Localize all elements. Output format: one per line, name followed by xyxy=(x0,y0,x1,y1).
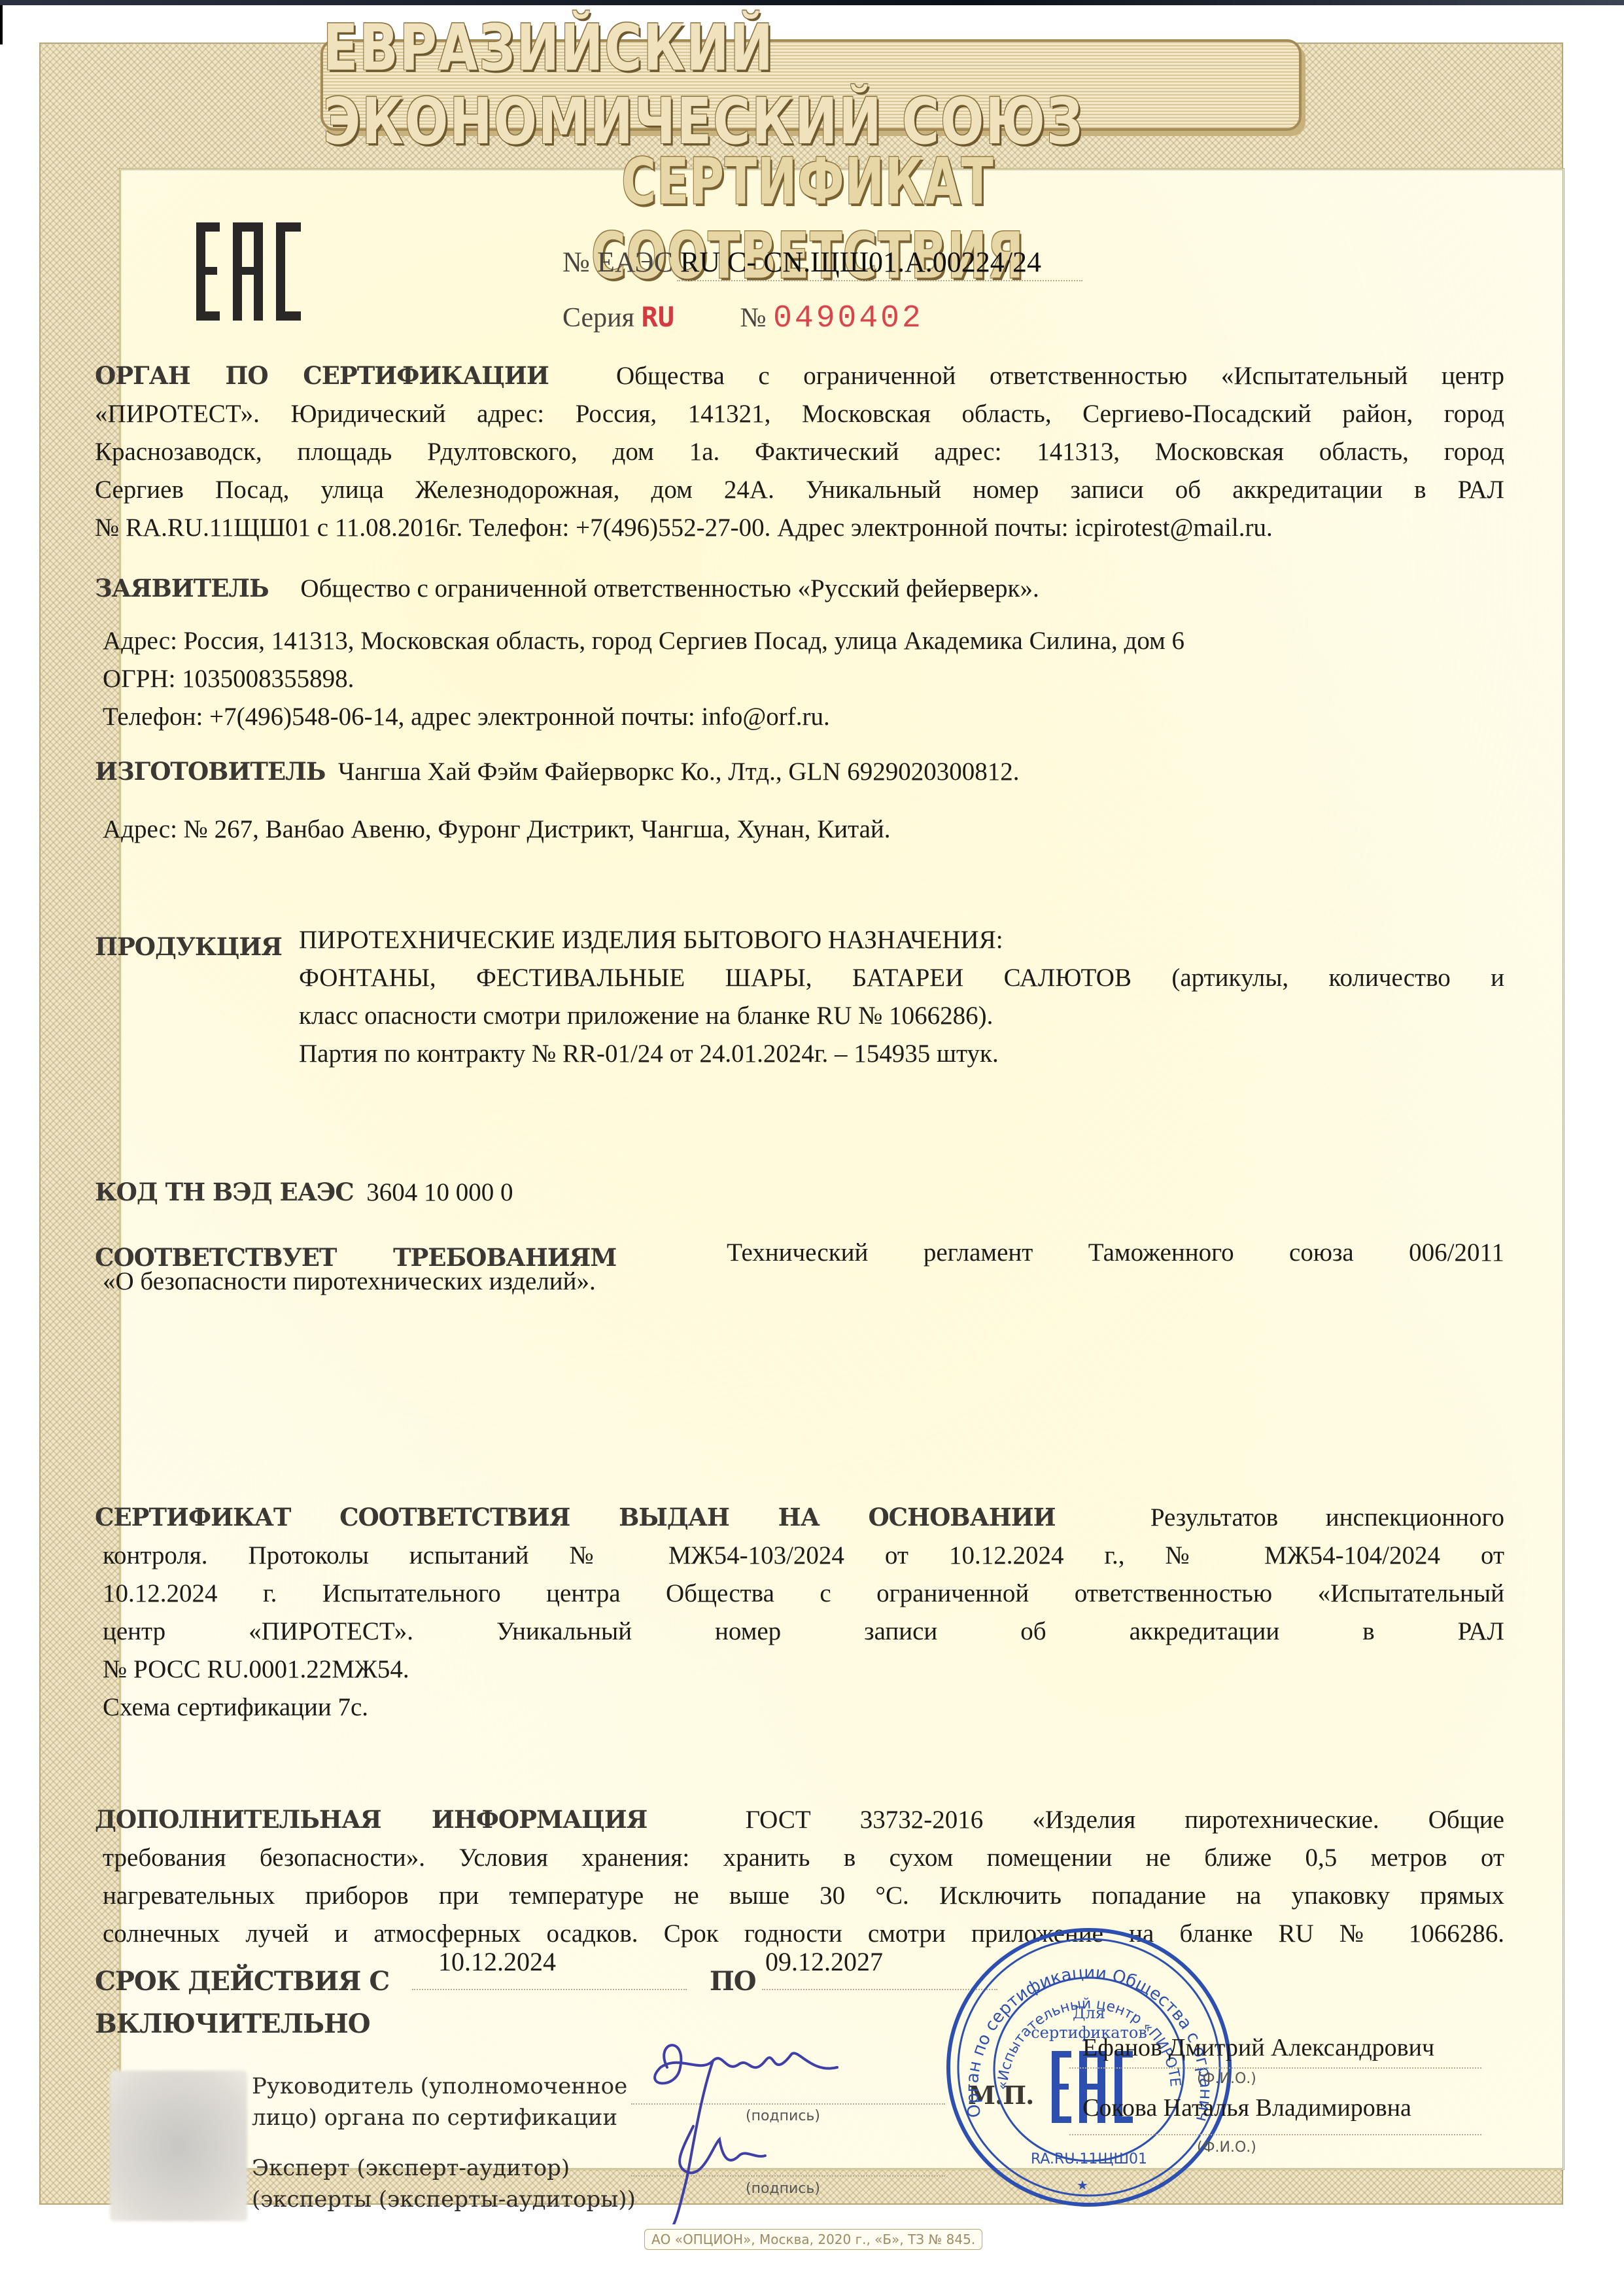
scan-left-edge xyxy=(0,5,3,44)
series-label: Серия xyxy=(562,303,634,333)
conformity-line-1: СООТВЕТСТВУЕТ ТРЕБОВАНИЯМ Технический ре… xyxy=(95,1233,1504,1272)
validity-to-date: 09.12.2027 xyxy=(765,1946,883,1977)
validity-from-label: СРОК ДЕЙСТВИЯ С xyxy=(95,1966,389,1997)
tn-ved-code: 3604 10 000 0 xyxy=(366,1178,513,1206)
tn-ved-section: КОД ТН ВЭД ЕАЭС 3604 10 000 0 xyxy=(95,1173,1504,1212)
head-full-name: Ефанов Дмитрий Александрович xyxy=(1082,2033,1434,2062)
certification-body-line-1: ОРГАН ПО СЕРТИФИКАЦИИ Общества с огранич… xyxy=(95,357,1504,395)
scan-top-edge xyxy=(0,0,1624,5)
certificate-number-label: № ЕАЭС xyxy=(562,246,673,278)
handwritten-signatures-icon xyxy=(615,2028,890,2224)
blank-number-value: 0490402 xyxy=(773,301,924,336)
union-banner-text: ЕВРАЗИЙСКИЙ ЭКОНОМИЧЕСКИЙ СОЮЗ xyxy=(323,12,1299,159)
series-value: RU xyxy=(641,301,674,333)
basis-section: СЕРТИФИКАТ СООТВЕТСТВИЯ ВЫДАН НА ОСНОВАН… xyxy=(95,1498,1504,1726)
svg-text:Для: Для xyxy=(1073,2004,1105,2022)
blank-series: Серия RU № 0490402 xyxy=(562,301,924,336)
union-banner: ЕВРАЗИЙСКИЙ ЭКОНОМИЧЕСКИЙ СОЮЗ xyxy=(320,39,1302,131)
svg-text:RA.RU.11ЩШ01: RA.RU.11ЩШ01 xyxy=(1031,2151,1147,2167)
basis-line-2: контроля. Протоколы испытаний № МЖ54-103… xyxy=(95,1537,1504,1575)
head-label: Руководитель (уполномоченное лицо) орган… xyxy=(252,2071,627,2133)
expert-full-name: Сокова Наталья Владимировна xyxy=(1082,2094,1411,2122)
additional-info-label: ДОПОЛНИТЕЛЬНАЯ ИНФОРМАЦИЯ xyxy=(95,1805,647,1834)
expert-label: Эксперт (эксперт-аудитор) (эксперты (экс… xyxy=(252,2152,636,2215)
basis-line-4: центр «ПИРОТЕСТ». Уникальный номер запис… xyxy=(95,1613,1504,1651)
certification-body-line-3: Краснозаводск, площадь Рдултовского, дом… xyxy=(95,433,1504,471)
applicant-section: ЗАЯВИТЕЛЬ Общество с ограниченной ответс… xyxy=(95,569,1504,736)
additional-line-1: ДОПОЛНИТЕЛЬНАЯ ИНФОРМАЦИЯ ГОСТ 33732-201… xyxy=(95,1800,1504,1839)
applicant-contacts: Телефон: +7(496)548-06-14, адрес электро… xyxy=(95,698,1504,736)
certificate-number-underline xyxy=(677,280,1082,281)
validity-inclusive-label: ВКЛЮЧИТЕЛЬНО xyxy=(95,2008,370,2039)
basis-line-1: СЕРТИФИКАТ СООТВЕТСТВИЯ ВЫДАН НА ОСНОВАН… xyxy=(95,1498,1504,1537)
validity-from-date: 10.12.2024 xyxy=(438,1946,556,1977)
basis-line-5: № РОСС RU.0001.22МЖ54. xyxy=(95,1651,1504,1689)
validity-to-label: ПО xyxy=(710,1966,756,1997)
certification-body-line-5: № RA.RU.11ЩШ01 с 11.08.2016г. Телефон: +… xyxy=(95,509,1504,547)
additional-line-2: требования безопасности». Условия хранен… xyxy=(95,1839,1504,1877)
manufacturer-address: Адрес: № 267, Ванбао Авеню, Фуронг Дистр… xyxy=(95,811,1504,849)
product-label: ПРОДУКЦИЯ xyxy=(95,928,282,966)
certificate-number: № ЕАЭС RU С- CN.ЩШ01.А.00224/24 xyxy=(562,245,1041,279)
printer-imprint: АО «ОПЦИОН», Москва, 2020 г., «Б», ТЗ № … xyxy=(644,2229,982,2250)
tn-ved-label: КОД ТН ВЭД ЕАЭС xyxy=(95,1178,354,1206)
certification-body-section: ОРГАН ПО СЕРТИФИКАЦИИ Общества с огранич… xyxy=(95,357,1504,547)
applicant-name-line: ЗАЯВИТЕЛЬ Общество с ограниченной ответс… xyxy=(95,569,1504,608)
head-name-caption: (Ф.И.О.) xyxy=(1197,2071,1256,2087)
certificate-number-value: RU С- CN.ЩШ01.А.00224/24 xyxy=(680,246,1041,278)
validity-from-line xyxy=(412,1989,687,1990)
conformity-label: СООТВЕТСТВУЕТ ТРЕБОВАНИЯМ xyxy=(95,1243,616,1272)
applicant-ogrn: ОГРН: 1035008355898. xyxy=(95,660,1504,698)
applicant-label: ЗАЯВИТЕЛЬ xyxy=(95,574,269,603)
blank-number-label: № xyxy=(740,303,767,333)
manufacturer-label: ИЗГОТОВИТЕЛЬ xyxy=(95,757,325,786)
eac-logo-icon xyxy=(196,222,301,321)
additional-line-3: нагревательных приборов при температуре … xyxy=(95,1877,1504,1915)
applicant-address: Адрес: Россия, 141313, Московская област… xyxy=(95,622,1504,660)
manufacturer-section: ИЗГОТОВИТЕЛЬ Чангша Хай Фэйм Файерворкс … xyxy=(95,752,1504,849)
additional-info-section: ДОПОЛНИТЕЛЬНАЯ ИНФОРМАЦИЯ ГОСТ 33732-201… xyxy=(95,1800,1504,1953)
expert-name-line xyxy=(1069,2134,1481,2135)
basis-line-3: 10.12.2024 г. Испытательного центра Обще… xyxy=(95,1575,1504,1613)
certification-body-label: ОРГАН ПО СЕРТИФИКАЦИИ xyxy=(95,361,549,390)
svg-text:★: ★ xyxy=(1077,2179,1088,2193)
basis-line-6: Схема сертификации 7с. xyxy=(95,1689,1504,1726)
manufacturer-name-line: ИЗГОТОВИТЕЛЬ Чангша Хай Фэйм Файерворкс … xyxy=(95,752,1504,791)
conformity-section: СООТВЕТСТВУЕТ ТРЕБОВАНИЯМ Технический ре… xyxy=(95,1233,1504,1301)
expert-name-caption: (Ф.И.О.) xyxy=(1197,2139,1256,2156)
basis-label: СЕРТИФИКАТ СООТВЕТСТВИЯ ВЫДАН НА ОСНОВАН… xyxy=(95,1503,1056,1532)
certification-body-line-2: «ПИРОТЕСТ». Юридический адрес: Россия, 1… xyxy=(95,395,1504,433)
certification-body-line-4: Сергиев Посад, улица Железнодорожная, до… xyxy=(95,471,1504,509)
redacted-photo-area xyxy=(110,2071,247,2221)
head-name-line xyxy=(1069,2067,1481,2069)
product-description: ПИРОТЕХНИЧЕСКИЕ ИЗДЕЛИЯ БЫТОВОГО НАЗНАЧЕ… xyxy=(299,921,1504,1073)
